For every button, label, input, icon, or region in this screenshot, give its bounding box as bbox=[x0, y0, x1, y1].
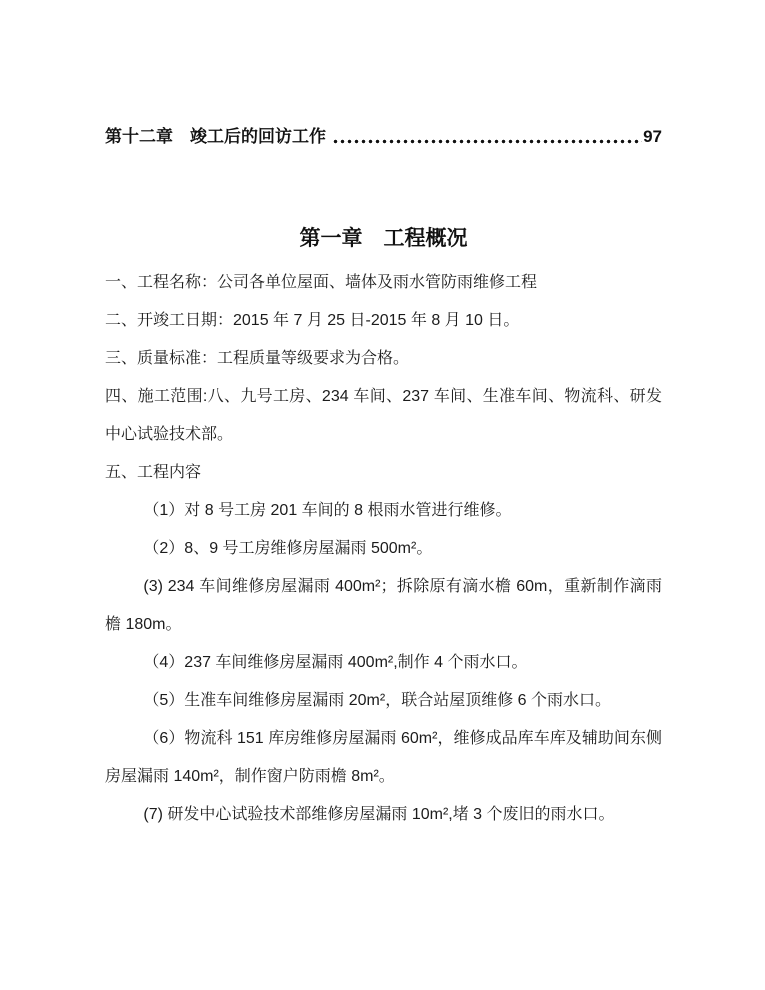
work-item-7: (7) 研发中心试验技术部维修房屋漏雨 10m²,堵 3 个废旧的雨水口。 bbox=[105, 796, 662, 834]
work-item-1: （1）对 8 号工房 201 车间的 8 根雨水管进行维修。 bbox=[105, 492, 662, 530]
paragraph-quality-standard: 三、质量标准：工程质量等级要求为合格。 bbox=[105, 340, 662, 378]
document-page: 第十二章 竣工后的回访工作 97 第一章 工程概况 一、工程名称：公司各单位屋面… bbox=[0, 0, 765, 990]
chapter-title: 第一章 工程概况 bbox=[105, 224, 662, 254]
toc-entry-label: 第十二章 竣工后的回访工作 bbox=[105, 126, 326, 148]
paragraph-dates: 二、开竣工日期：2015 年 7 月 25 日-2015 年 8 月 10 日。 bbox=[105, 302, 662, 340]
toc-entry: 第十二章 竣工后的回访工作 97 bbox=[105, 126, 662, 148]
paragraph-scope: 四、施工范围:八、九号工房、234 车间、237 车间、生准车间、物流科、研发中… bbox=[105, 378, 662, 454]
toc-page-number: 97 bbox=[643, 126, 662, 148]
paragraph-contents-heading: 五、工程内容 bbox=[105, 454, 662, 492]
work-item-6: （6）物流科 151 库房维修房屋漏雨 60m²，维修成品库车库及辅助间东侧房屋… bbox=[105, 720, 662, 796]
work-item-4: （4）237 车间维修房屋漏雨 400m²,制作 4 个雨水口。 bbox=[105, 644, 662, 682]
document-body: 一、工程名称：公司各单位屋面、墙体及雨水管防雨维修工程 二、开竣工日期：2015… bbox=[105, 264, 662, 834]
work-item-5: （5）生准车间维修房屋漏雨 20m²，联合站屋顶维修 6 个雨水口。 bbox=[105, 682, 662, 720]
toc-dot-leader bbox=[332, 138, 642, 145]
work-item-2: （2）8、9 号工房维修房屋漏雨 500m²。 bbox=[105, 530, 662, 568]
work-item-3: (3) 234 车间维修房屋漏雨 400m²；拆除原有滴水檐 60m，重新制作滴… bbox=[105, 568, 662, 644]
paragraph-project-name: 一、工程名称：公司各单位屋面、墙体及雨水管防雨维修工程 bbox=[105, 264, 662, 302]
